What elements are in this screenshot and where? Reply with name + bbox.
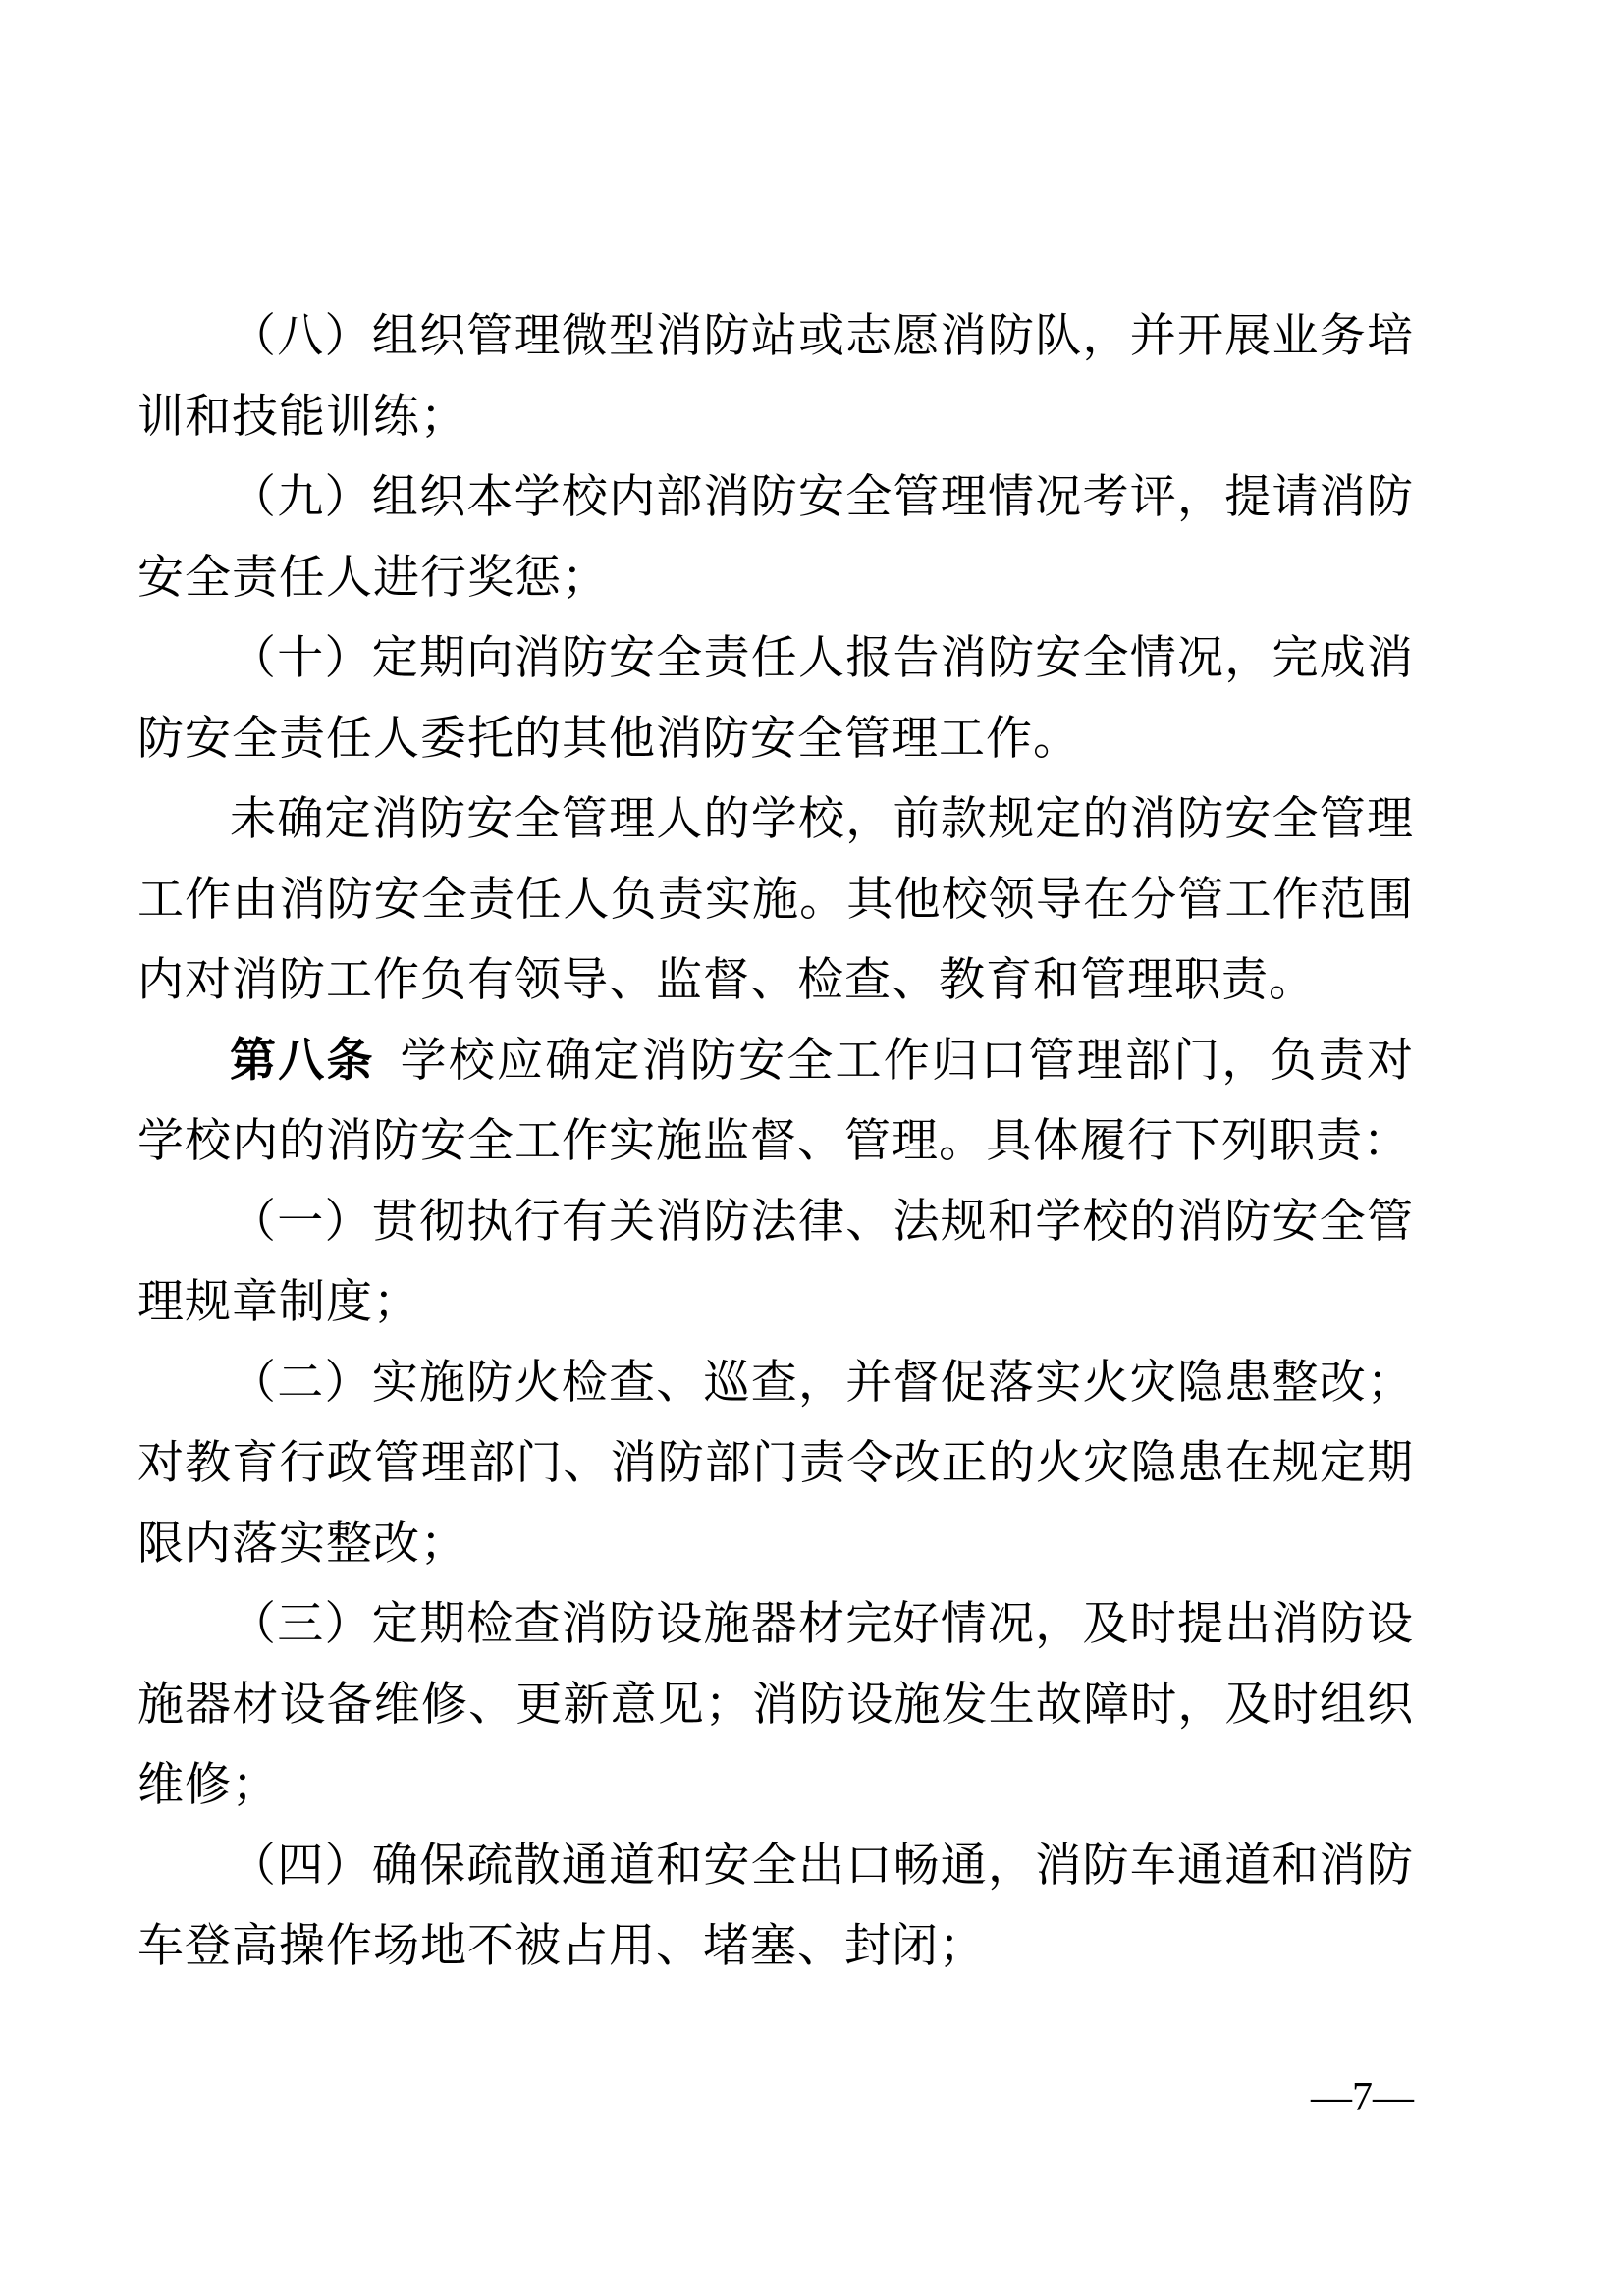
text-line: （九）组织本学校内部消防安全管理情况考评，提请消防 <box>137 457 1414 538</box>
text-line: 学校内的消防安全工作实施监督、管理。具体履行下列职责： <box>137 1101 1414 1182</box>
text-line: 防安全责任人委托的其他消防安全管理工作。 <box>137 699 1414 779</box>
text-line: （三）定期检查消防设施器材完好情况，及时提出消防设 <box>137 1584 1414 1665</box>
page-number: —7— <box>1311 2073 1414 2122</box>
article-number-bold: 第八条 <box>230 1036 375 1087</box>
text-line: （八）组织管理微型消防站或志愿消防队，并开展业务培 <box>137 296 1414 377</box>
text-line: 内对消防工作负有领导、监督、检查、教育和管理职责。 <box>137 940 1414 1021</box>
text-line: 未确定消防安全管理人的学校，前款规定的消防安全管理 <box>137 779 1414 860</box>
text-line-article-heading: 第八条学校应确定消防安全工作归口管理部门，负责对 <box>137 1021 1414 1101</box>
text-line: 维修； <box>137 1745 1414 1826</box>
article-heading-text: 学校应确定消防安全工作归口管理部门，负责对 <box>401 1036 1414 1087</box>
text-line: 限内落实整改； <box>137 1504 1414 1584</box>
text-line: 对教育行政管理部门、消防部门责令改正的火灾隐患在规定期 <box>137 1423 1414 1504</box>
text-line: 工作由消防安全责任人负责实施。其他校领导在分管工作范围 <box>137 860 1414 940</box>
text-line: （四）确保疏散通道和安全出口畅通，消防车通道和消防 <box>137 1826 1414 1906</box>
text-line: （二）实施防火检查、巡查，并督促落实火灾隐患整改； <box>137 1343 1414 1423</box>
text-line: 理规章制度； <box>137 1262 1414 1343</box>
text-line: 施器材设备维修、更新意见；消防设施发生故障时，及时组织 <box>137 1665 1414 1745</box>
document-page: （八）组织管理微型消防站或志愿消防队，并开展业务培 训和技能训练； （九）组织本… <box>0 0 1624 2296</box>
text-line: 安全责任人进行奖惩； <box>137 538 1414 618</box>
text-line: 车登高操作场地不被占用、堵塞、封闭； <box>137 1906 1414 1987</box>
text-line: （十）定期向消防安全责任人报告消防安全情况，完成消 <box>137 618 1414 699</box>
text-line: （一）贯彻执行有关消防法律、法规和学校的消防安全管 <box>137 1182 1414 1262</box>
text-line: 训和技能训练； <box>137 377 1414 457</box>
document-text-block: （八）组织管理微型消防站或志愿消防队，并开展业务培 训和技能训练； （九）组织本… <box>137 296 1414 1987</box>
